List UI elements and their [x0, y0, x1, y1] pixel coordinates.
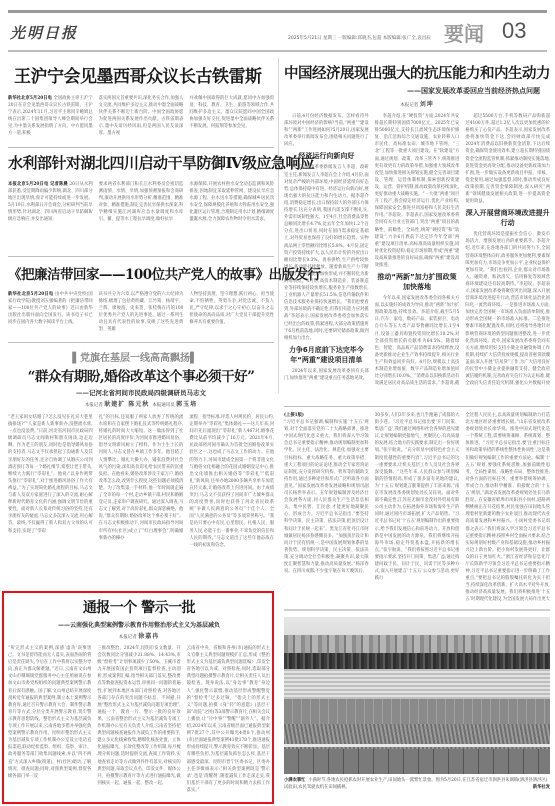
article-column: 云南省中央、省级和各州(市)通报的形式主义官僚主义典型问题规模扩汇总,形成《整治… — [187, 645, 270, 803]
article-subheading: 经济运行向新向好 — [284, 151, 369, 161]
article-yunnan-warning[interactable]: 通报一个 警示一批 ——云南强化典型案例警示教育作用整治形式主义为基层减负 本报… — [8, 597, 270, 803]
banner-slash-right: ▌ — [190, 353, 198, 364]
article-column: (上接1版)“习近平总书记强调,编制和实施‘十五五’规划,对于全面落实党的二十大… — [284, 412, 369, 602]
article-column: “听完形式主义的案例,深感‘虚功’误事害己。文书是留待能而无人落实,表面热闹的背… — [8, 645, 91, 803]
article-byline: 本报记者 刘坤 — [284, 99, 550, 108]
article-column: 三推改整治。2024年,昆明市发文数量、开会次数同比分别减少21.88%、14.… — [97, 645, 180, 803]
article-column: 新华社北京5月20日电 由中共中央党校(国家行政学院)教授刘五强编著的《把廉洁带… — [8, 291, 93, 341]
article-column: 要求两省水利部门和长江水利委员会密切监测雨情、水情、旱情,加强预测预报和会商研判… — [99, 181, 184, 259]
caption-title: 小满农事忙 — [284, 778, 305, 783]
photo-caption: 小满农事忙 小满时节,各地农民抢抓农时开展农业生产,田间地头一派繁忙景象。图为5… — [284, 777, 550, 791]
photo-credit: 新华社发 — [533, 784, 550, 791]
article-column: 流程、指导标准,评选人村规民约、居民公约,定期举办“零彩礼”集体婚礼——这几年来… — [189, 414, 274, 590]
masthead: 光明日报 2025年5月21日 星期三 一版编辑:邱晓杰,包超 本版编辑:张广全… — [8, 10, 547, 52]
article-subhead: ——云南强化典型案例警示教育作用整治形式主义为基层减负 — [8, 620, 270, 629]
article-column: 李超介绍,在“硬投资”方面,2024年共安排超长期特别国债7000亿元、2025… — [375, 113, 460, 385]
article-subheading: 深入开展营商环境改进提升行动 — [465, 208, 550, 228]
article-column: 落实两国元首重要共识,深化务实合作,加强人文交流,共同维护多边主义,推动中墨全面… — [99, 95, 184, 139]
section-rule — [8, 256, 274, 257]
issue-dateline: 2025年5月21日 星期三 一版编辑:邱晓杰,包超 本版编辑:张广全,袁昌辰 — [288, 35, 431, 41]
banner-slash-left: ▌ — [72, 353, 80, 364]
article-book-release[interactable]: 《把廉洁带回家——100位共产党人的故事》出版发行 新华社北京5月20日电 由中… — [8, 263, 274, 341]
section-rule — [284, 609, 550, 611]
photo-skyline — [284, 635, 550, 653]
article-continued-from-page-1[interactable]: (上接1版)“习近平总书记强调,编制和实施‘十五五’规划,对于全面落实党的二十大… — [284, 412, 550, 602]
article-subhead: ——记河北省河间市民政局四级调研员马志文 — [8, 388, 274, 397]
section-rule — [8, 147, 274, 148]
article-marriage-reform[interactable]: “群众有期盼,婚俗改革这个事必须干好” ——记河北省河间市民政局四级调研员马志文… — [8, 365, 274, 590]
article-column: 并欢佩中国取得的巨大成就,愿同中方加强贸易、科技、教育、卫生、旅游等领域合作,共… — [189, 95, 274, 139]
article-economy[interactable]: 中国经济展现出强大的抗压能力和内生动力 ——国家发展改革委回应当前经济热点问题 … — [284, 62, 550, 385]
article-column: 日前,4月份经济数据发布。怎样看待外部环境对中国经济的影响?当前,“两重”“建设… — [284, 113, 369, 385]
article-subheading: 力争6月底前下达完毕今年“两重”建设项目清单 — [284, 345, 369, 365]
column-divider — [278, 58, 279, 393]
page-number: 03 — [502, 18, 526, 44]
article-headline[interactable]: 王沪宁会见墨西哥众议长古铁雷斯 — [14, 62, 274, 87]
article-headline[interactable]: 通报一个 警示一批 — [8, 597, 270, 617]
photo-treeline — [284, 653, 550, 669]
article-headline[interactable]: 中国经济展现出强大的抗压能力和内生动力 — [284, 62, 550, 83]
article-column: 水源保障,开展农村供水安全动态监测和风险排查,因地制宜采取延伸管网、建设抗旱应急… — [189, 181, 274, 259]
article-column: 礼”的目标,还说服了两家人放弃了传统的流水席和在自家摆下婚礼仪式等传统婚礼程序,… — [99, 414, 184, 590]
article-wang-huning[interactable]: 王沪宁会见墨西哥众议长古铁雷斯 新华社北京5月20日电 全国政协主席王沪宁20日… — [8, 62, 274, 139]
article-headline[interactable]: “群众有期盼,婚俗改革这个事必须干好” — [8, 365, 274, 385]
section-title: 要闻 — [444, 18, 484, 47]
article-column: 30多岁,人们3年多来,也几乎跑遍了成都的大街小巷。“习近平总书记指出要‘开门问… — [375, 412, 460, 602]
article-headline[interactable]: 水利部针对湖北四川启动干旱防御Ⅳ级应急响应 — [8, 152, 274, 173]
article-column: 本报北京5月20日电 记者陈晨 20日从水利部获悉,受近期降雨偏少影响,湖北、四… — [8, 181, 93, 259]
continued-label: (上接1版) — [284, 413, 304, 418]
news-photo-farmland[interactable] — [284, 617, 550, 774]
article-byline: 本报记者 耿建扩 陈元秋 本报通讯员 郭玉培 — [8, 399, 274, 408]
article-column: 超过5500万台,手机等数码产品购新超过4100万件,超过1.2亿人次以更加优惠… — [465, 113, 550, 385]
article-column: 该书共分为六章,以严格遵守党的六大纪律为脉络,梳理了包括黄明藏、江竹筠、杨靖宇、… — [99, 291, 184, 341]
masthead-bottom-rule — [8, 50, 547, 52]
article-column: “老王家闺女结婚了?怎么没见在礼宾大巷里搞排场?”“人家是新人新事新办,没摆流水… — [8, 414, 93, 590]
article-column: 全过程人民民主,以高质量规划编制助力打造北方地区经济重要增长极。”山东省发展改革… — [465, 412, 550, 602]
section-rule — [284, 406, 550, 407]
article-subheading: 推动“两新”加力扩围政策加快落地 — [375, 272, 460, 292]
article-column: 新华社北京5月20日电 全国政协主席王沪宁20日在京会见墨西哥众议长古铁雷斯。王… — [8, 95, 93, 139]
caption-text: 小满时节,各地农民抢抓农时开展农业生产,田间地头一派繁忙景象。图为5月20日,在… — [284, 778, 547, 790]
article-byline: 本报记者 徐嘉冉 — [8, 631, 270, 640]
article-subhead: ——国家发展改革委回应当前经济热点问题 — [284, 86, 550, 96]
article-headline[interactable]: 《把廉洁带回家——100位共产党人的故事》出版发行 — [8, 263, 274, 283]
section-rule — [8, 342, 274, 343]
article-column: 人物坚持真理、坚守理想,践行初心、担当使命,不怕牺牲、英勇斗争,对党忠诚、不负人… — [189, 291, 274, 341]
newspaper-logo: 光明日报 — [10, 22, 78, 43]
article-drought-response[interactable]: 水利部针对湖北四川启动干旱防御Ⅳ级应急响应 本报北京5月20日电 记者陈晨 20… — [8, 152, 274, 259]
masthead-top-rule — [8, 10, 547, 13]
column-banner: ▌党旗在基层一线高高飘扬▌ — [30, 349, 240, 364]
